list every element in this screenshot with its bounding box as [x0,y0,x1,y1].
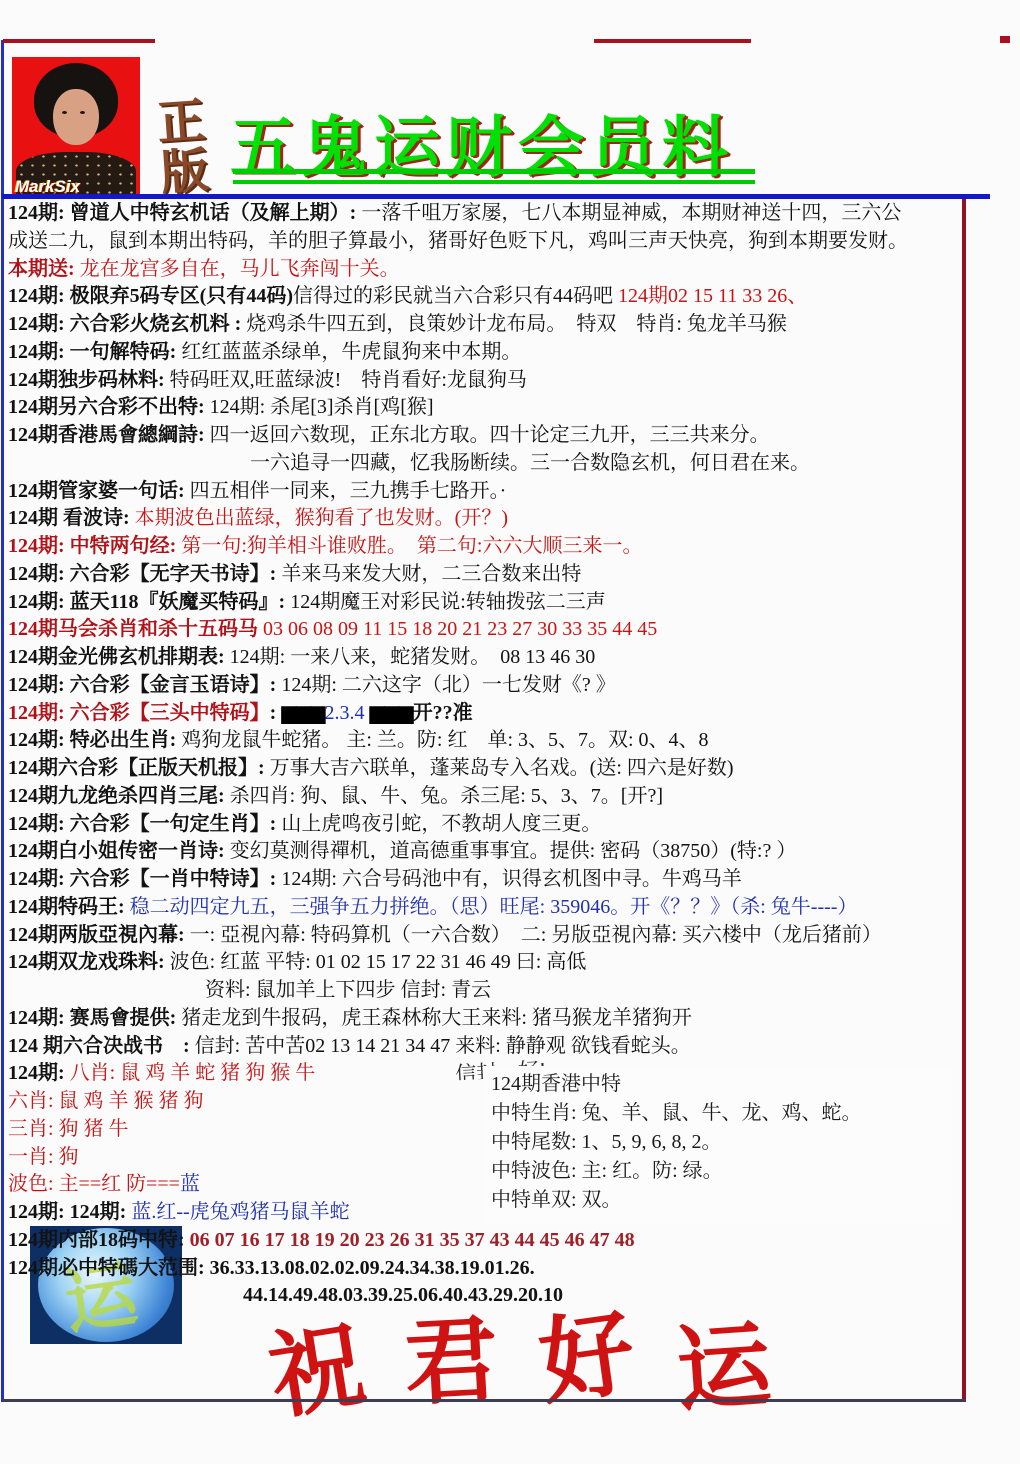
text-line-16: 124期马会杀肖和杀十五码马 03 06 08 09 11 15 18 20 2… [8,616,1008,644]
text-segment: 124期管家婆一句话: [8,480,190,502]
text-segment: 红红蓝蓝杀绿单，牛虎鼠狗来中本期。 [181,341,521,363]
text-segment: 124期双龙戏珠料: [8,951,170,973]
text-segment: 124期: 杀尾[3]杀肖[鸡[猴] [210,396,434,418]
text-segment: 124期六合彩【正版天机报】: [8,757,270,779]
text-segment: 信封: 苦中苦02 13 14 21 34 47 来料: 静静观 欲钱看蛇头。 [195,1035,691,1057]
text-line-13: 124期: 中特两句经: 第一句:狗羊相斗谁败胜。 第二句:六六大顺三来一。 [8,533,1008,561]
text-line-23: 124期: 六合彩【一句定生肖】: 山上虎鸣夜引蛇，不教胡人度三更。 [8,811,1008,839]
text-segment: 羊来马来发大财，二三合数来出特 [281,563,581,585]
text-segment: 124期九龙绝杀四肖三尾: [8,785,230,807]
page-bottom-border [2,1399,966,1402]
text-line-35: 一肖: 狗 [8,1144,1008,1172]
text-segment: 124期: 二六这字（北）一七发财《? 》 [281,674,615,696]
top-corner-red-mark [1000,36,1010,43]
title-underline [233,180,755,184]
text-segment: 124期: 六合彩【一肖中特诗】: [8,868,281,890]
portrait-photo: MarkSix [12,57,140,198]
text-segment: 蓝 [180,1173,200,1195]
text-line-36: 波色: 主==红 防===蓝 [8,1171,1008,1199]
text-line-33: 六肖: 鼠 鸡 羊 猴 猪 狗 [8,1088,1008,1116]
text-segment: 变幻莫测得禪机，道高德重事事宜。提供: 密码（38750）(特:? ） [230,840,797,862]
text-segment: 124期另六合彩不出特: [8,396,210,418]
stamp-char: 版 [148,146,221,201]
content-lines: 124期: 曾道人中特玄机话（及解上期）: 一落千咀万家屡，七八本期显神威，本期… [8,200,1008,1310]
text-line-30: 124期: 赛馬會提供: 猪走龙到牛报码，虎王森林称大王来料: 猪马猴龙羊猪狗开 [8,1005,1008,1033]
text-segment: 124期: 赛馬會提供: [8,1007,181,1029]
authentic-stamp: 正版 [145,96,222,201]
text-line-5: 124期: 六合彩火烧玄机料 : 烧鸡杀牛四五到，良策妙计龙布局。 特双 特肖:… [8,311,1008,339]
text-line-3: 本期送: 龙在龙宫多自在，马儿飞奔闯十关。 [8,256,1008,284]
text-segment: 山上虎鸣夜引蛇，不教胡人度三更。 [281,813,601,835]
text-line-9: 124期香港馬會總綱詩: 四一返回六数现，正东北方取。四十论定三九开，三三共来分… [8,422,1008,450]
portrait-eye [62,111,67,114]
blessing-character: 运 [672,1289,775,1430]
text-line-21: 124期六合彩【正版天机报】: 万事大吉六联单，蓬莱岛专入名戏。(送: 四六是好… [8,755,1008,783]
text-line-40: 44.14.49.48.03.39.25.06.40.43.29.20.10 [243,1282,1008,1310]
text-segment: 一肖: 狗 [8,1146,79,1168]
text-segment: 124期特码王: [8,896,130,918]
text-line-4: 124期: 极限弃5码专区(只有44码)信得过的彩民就当六合彩只有44码吧 12… [8,283,1008,311]
text-segment: 六肖: 鼠 鸡 羊 猴 猪 狗 [8,1090,204,1112]
text-line-38: 124期内部18码中特: 06 07 16 17 18 19 20 23 26 … [8,1227,1008,1255]
text-segment: 特码旺双,旺蓝绿波! 特肖看好:龙鼠狗马 [170,369,527,391]
text-segment: 四一返回六数现，正东北方取。四十论定三九开，三三共来分。 [210,424,770,446]
text-segment: 124期: 中特两句经: [8,535,181,557]
text-segment: 124期: 124期: [8,1201,131,1223]
text-line-25: 124期: 六合彩【一肖中特诗】: 124期: 六合号码池中有，识得玄机图中寻。… [8,866,1008,894]
text-segment: 一落千咀万家屡，七八本期显神威，本期财神送十四，三六公 [361,202,901,224]
text-line-24: 124期白小姐传密一肖诗: 变幻莫测得禪机，道高德重事事宜。提供: 密码（387… [8,838,1008,866]
text-line-20: 124期: 特必出生肖: 鸡狗龙鼠牛蛇猪。 主: 兰。防: 红 单: 3、5、7… [8,727,1008,755]
text-segment: 124期内部18码中特: [8,1229,190,1251]
text-line-18: 124期: 六合彩【金言玉语诗】: 124期: 二六这字（北）一七发财《? 》 [8,672,1008,700]
text-segment: 本期波色出蓝绿，猴狗看了也发财。(开？) [135,507,508,529]
page-title: 五鬼运财会员料 [230,94,734,189]
text-segment: 36.33.13.08.02.02.09.24.34.38.19.01.26. [210,1257,535,1279]
text-segment: 本期送: [8,258,80,280]
text-segment: 124期: [8,1062,70,1084]
text-line-22: 124期九龙绝杀四肖三尾: 杀四肖: 狗、鼠、牛、兔。杀三尾: 5、3、7。[开… [8,783,1008,811]
text-segment: 124期: 一来八来，蛇猪发财。 08 13 46 30 [230,646,596,668]
text-segment: 稳二动四定九五，三强争五力拼绝。（思）旺尾: 359046。开《？？》（杀: 兔… [130,896,858,918]
text-line-31: 124 期六合决战书 : 信封: 苦中苦02 13 14 21 34 47 来料… [8,1033,1008,1061]
text-line-34: 三肖: 狗 猪 牛 [8,1116,1008,1144]
text-line-6: 124期: 一句解特码: 红红蓝蓝杀绿单，牛虎鼠狗来中本期。 [8,339,1008,367]
text-line-8: 124期另六合彩不出特: 124期: 杀尾[3]杀肖[鸡[猴] [8,394,1008,422]
text-segment: 124期: 六合彩【金言玉语诗】: [8,674,281,696]
text-segment: 124期: 六合彩【三头中特码】 [8,702,270,724]
text-segment: 03 06 08 09 11 15 18 20 21 23 27 30 33 3… [263,618,657,640]
top-right-red-rule [594,39,751,43]
text-line-37: 124期: 124期: 蓝.红--虎兔鸡猪马鼠羊蛇 [8,1199,1008,1227]
text-segment: 2.3.4 [325,702,370,724]
title-underline [233,169,755,174]
text-segment: 124期: 六合彩【无字天书诗】: [8,563,281,585]
text-segment: 44.14.49.48.03.39.25.06.40.43.29.20.10 [243,1284,563,1306]
text-segment: 124期: 一句解特码: [8,341,181,363]
text-segment: 开??准 [413,702,473,724]
text-segment: 124期: 曾道人中特玄机话（及解上期）: [8,202,361,224]
text-segment: 124期: 蓝天118『妖魔买特码』: [8,591,290,613]
text-line-28: 124期双龙戏珠料: 波色: 红蓝 平特: 01 02 15 17 22 31 … [8,949,1008,977]
text-segment: 一: 亞視內幕: 特码算机（一六合数） 二: 另版亞視內幕: 买六楼中（龙后猪前… [190,924,882,946]
text-segment: 万事大吉六联单，蓬莱岛专入名戏。(送: 四六是好数) [270,757,734,779]
text-segment: 124期: 六合彩火烧玄机料 : [8,313,246,335]
text-segment: 鸡狗龙鼠牛蛇猪。 主: 兰。防: 红 单: 3、5、7。双: 0、4、8 [181,729,708,751]
text-segment: 杀四肖: 狗、鼠、牛、兔。杀三尾: 5、3、7。[开?] [230,785,663,807]
portrait-face [53,89,99,145]
text-line-15: 124期: 蓝天118『妖魔买特码』: 124期魔王对彩民说:转轴拨弦二三声 [8,589,1008,617]
text-segment: ▆▆▆ [281,702,324,724]
page-left-border [1,40,4,1402]
text-line-2: 成送二九，鼠到本期出特码，羊的胆子算最小，猪哥好色贬下凡，鸡叫三声天快亮，狗到本… [8,228,1008,256]
text-segment: 124期必中特碼大范围: [8,1257,210,1279]
text-segment: 124期金光佛玄机排期表: [8,646,230,668]
text-line-17: 124期金光佛玄机排期表: 124期: 一来八来，蛇猪发财。 08 13 46 … [8,644,1008,672]
text-segment: 124期魔王对彩民说:转轴拨弦二三声 [290,591,606,613]
text-segment: 124 期六合决战书 : [8,1035,195,1057]
text-line-1: 124期: 曾道人中特玄机话（及解上期）: 一落千咀万家屡，七八本期显神威，本期… [8,200,1008,228]
text-segment: 124期独步码林料: [8,369,170,391]
text-line-29: 资料: 鼠加羊上下四步 信封: 青云 [205,977,1008,1005]
text-segment: 四五相伴一同来，三九携手七路开。· [190,480,507,502]
stamp-char: 正 [145,96,218,151]
text-line-27: 124期两版亞視內幕: 一: 亞視內幕: 特码算机（一六合数） 二: 另版亞視內… [8,922,1008,950]
text-segment: 蓝.红--虎兔鸡猪马鼠羊蛇 [131,1201,349,1223]
text-segment: 波色: 主==红 防=== [8,1173,180,1195]
text-segment: 第一句:狗羊相斗谁败胜。 第二句:六六大顺三来一。 [181,535,642,557]
text-segment: 三肖: 狗 猪 牛 [8,1118,129,1140]
text-line-7: 124期独步码林料: 特码旺双,旺蓝绿波! 特肖看好:龙鼠狗马 [8,367,1008,395]
blessing-character: 祝 [259,1289,373,1437]
text-segment: 龙在龙宫多自在，马儿飞奔闯十关。 [80,258,400,280]
header-blue-rule [2,194,990,199]
text-segment: 资料: 鼠加羊上下四步 信封: 青云 [205,979,491,1001]
text-line-19: 124期: 六合彩【三头中特码】: ▆▆▆2.3.4 ▆▆▆开??准 [8,700,1008,728]
text-segment: 八肖: 鼠 鸡 羊 蛇 猪 狗 猴 牛 [70,1062,316,1084]
text-segment: 波色: 红蓝 平特: 01 02 15 17 22 31 46 49 曰: 高低 [170,951,587,973]
text-segment: 信得过的彩民就当六合彩只有44码吧 [293,285,618,307]
text-segment: 一六追寻一四藏，忆我肠断续。三一合数隐玄机，何日君在来。 [250,452,810,474]
text-line-12: 124期 看波诗: 本期波色出蓝绿，猴狗看了也发财。(开？) [8,505,1008,533]
text-segment: 124期马会杀肖和杀十五码马 [8,618,263,640]
text-segment: 烧鸡杀牛四五到，良策妙计龙布局。 特双 特肖: 兔龙羊马猴 [246,313,787,335]
text-segment: : [270,702,282,724]
text-line-11: 124期管家婆一句话: 四五相伴一同来，三九携手七路开。· [8,478,1008,506]
text-segment: 124期白小姐传密一肖诗: [8,840,230,862]
text-segment: 124期 看波诗: [8,507,135,529]
text-segment: 成送二九，鼠到本期出特码，羊的胆子算最小，猪哥好色贬下凡，鸡叫三声天快亮，狗到本… [8,230,908,252]
text-segment: 06 07 16 17 18 19 20 23 26 31 35 37 43 4… [190,1229,635,1251]
top-left-red-rule [3,39,155,43]
text-line-14: 124期: 六合彩【无字天书诗】: 羊来马来发大财，二三合数来出特 [8,561,1008,589]
text-segment: 猪走龙到牛报码，虎王森林称大王来料: 猪马猴龙羊猪狗开 [181,1007,692,1029]
text-segment: 124期香港馬會總綱詩: [8,424,210,446]
text-line-32: 124期: 八肖: 鼠 鸡 羊 蛇 猪 狗 猴 牛 [8,1060,1008,1088]
portrait-eye [80,111,85,114]
blessing-text: 祝君好运 [268,1290,812,1425]
text-line-26: 124期特码王: 稳二动四定九五，三强争五力拼绝。（思）旺尾: 359046。开… [8,894,1008,922]
text-segment: ▆▆▆ [370,702,413,724]
text-segment: 124期: 六合号码池中有，识得玄机图中寻。牛鸡马羊 [281,868,742,890]
text-line-10: 一六追寻一四藏，忆我肠断续。三一合数隐玄机，何日君在来。 [250,450,1008,478]
text-segment: 124期: 六合彩【一句定生肖】: [8,813,281,835]
text-segment: 124期: 极限弃5码专区(只有44码) [8,285,293,307]
text-segment: 124期02 15 11 33 26、 [618,285,807,307]
text-line-39: 124期必中特碼大范围: 36.33.13.08.02.02.09.24.34.… [8,1255,1008,1283]
page-right-border [962,198,966,1402]
text-segment: 124期两版亞視內幕: [8,924,190,946]
text-segment: 124期: 特必出生肖: [8,729,181,751]
